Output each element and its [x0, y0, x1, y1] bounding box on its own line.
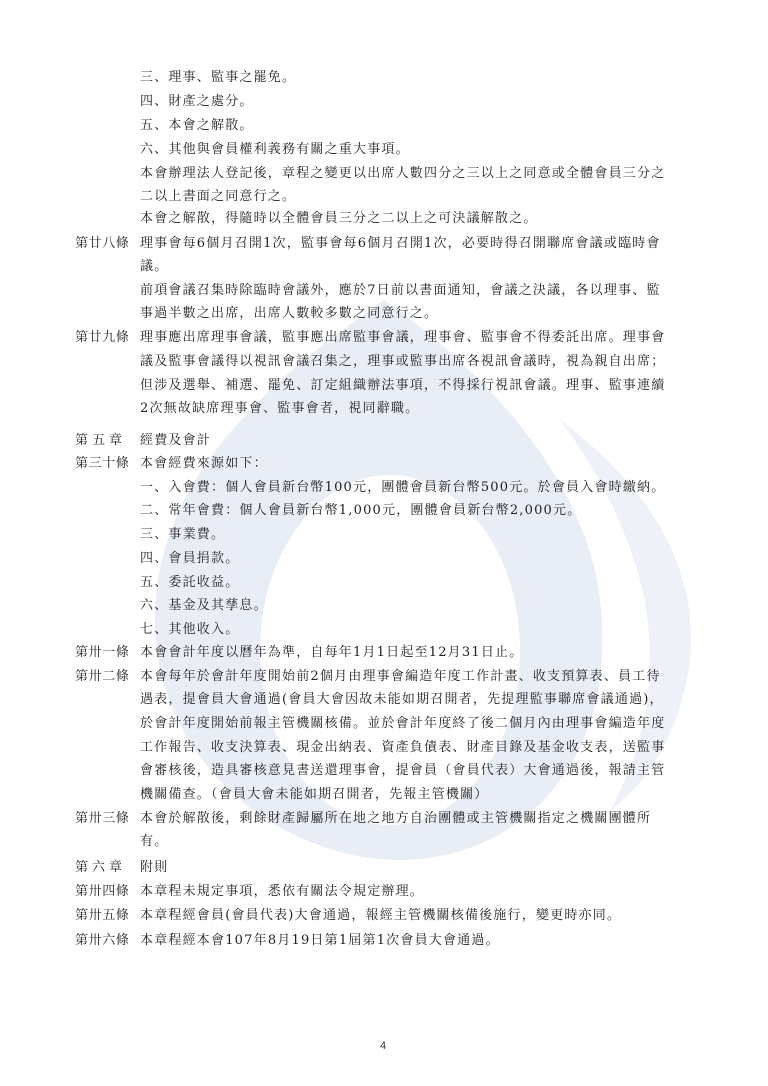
list-item-text: 一、入會費：個人會員新台幣100元，團體會員新台幣500元。於會員入會時繳納。 [140, 480, 665, 496]
article-number-label: 第卅二條 [75, 669, 129, 685]
paragraph-text: 前項會議召集時除臨時會議外，應於7日前以書面通知，會議之決議，各以理事、監 [140, 283, 661, 299]
paragraph-text: 機關備查。（會員大會未能如期召開者，先報主管機關） [140, 787, 489, 803]
paragraph-text: 事過半數之出席，出席人數較多數之同意行之。 [140, 306, 438, 322]
chapter-title: 附則 [140, 860, 168, 876]
paragraph-text: 但涉及選舉、補選、罷免、訂定組織辦法事項，不得採行視訊會議。理事、監事連續 [140, 378, 665, 394]
paragraph-text: 於會計年度開始前報主管機關核備。並於會計年度終了後二個月內由理事會編造年度 [140, 716, 665, 732]
list-item-text: 五、委託收益。 [140, 575, 239, 591]
article-number-label: 第卅四條 [75, 884, 129, 900]
article-number-label: 第卅三條 [75, 811, 129, 827]
article-text: 本章程經會員(會員代表)大會通過，報經主管機關核備後施行，變更時亦同。 [140, 908, 621, 924]
article-number-label: 第卅一條 [75, 645, 129, 661]
paragraph-text: 工作報告、收支決算表、現金出納表、資產負債表、財產目錄及基金收支表，送監事 [140, 740, 665, 756]
chapter-heading-label: 第六章 [75, 860, 126, 876]
document-page: 三、理事、監事之罷免。四、財產之處分。五、本會之解散。六、其他與會員權利義務有關… [0, 0, 768, 1086]
list-item-text: 四、會員捐款。 [140, 551, 239, 567]
chapter-title: 經費及會計 [140, 433, 211, 449]
article-text: 理事會每6個月召開1次，監事會每6個月召開1次，必要時得召開聯席會議或臨時會 [140, 236, 661, 252]
article-text: 理事應出席理事會議，監事應出席監事會議，理事會、監事會不得委託出席。理事會 [140, 330, 665, 346]
list-item-text: 三、事業費。 [140, 527, 225, 543]
article-number-label: 第卅六條 [75, 933, 129, 949]
paragraph-text: 議。 [140, 259, 168, 275]
article-number-label: 第三十條 [75, 456, 129, 472]
list-item-text: 五、本會之解散。 [140, 118, 254, 134]
paragraph-text: 議及監事會議得以視訊會議召集之，理事或監事出席各視訊會議時，視為親自出席； [140, 354, 665, 370]
list-item-text: 六、其他與會員權利義務有關之重大事項。 [140, 142, 410, 158]
paragraph-text: 有。 [140, 834, 168, 850]
list-item-text: 二、常年會費：個人會員新台幣1,000元，團體會員新台幣2,000元。 [140, 503, 581, 519]
list-item-text: 三、理事、監事之罷免。 [140, 70, 296, 86]
article-text: 本會會計年度以曆年為準，自每年1月1日起至12月31日止。 [140, 645, 523, 661]
paragraph-text: 會審核後，造具審核意見書送還理事會，提會員（會員代表）大會通過後，報請主管 [140, 763, 665, 779]
article-number-label: 第廿九條 [75, 330, 129, 346]
paragraph-text: 本會之解散，得隨時以全體會員三分之二以上之可決議解散之。 [140, 211, 538, 227]
article-text: 本章程經本會107年8月19日第1屆第1次會員大會通過。 [140, 933, 500, 949]
list-item-text: 四、財產之處分。 [140, 94, 254, 110]
chapter-heading-label: 第五章 [75, 433, 126, 449]
article-text: 本會每年於會計年度開始前2個月由理事會編造年度工作計畫、收支預算表、員工待 [140, 669, 661, 685]
paragraph-text: 2次無故缺席理事會、監事會者，視同辭職。 [140, 401, 419, 417]
paragraph-text: 遇表，提會員大會通過(會員大會因故未能如期召開者，先提理監事聯席會議通過)， [140, 692, 664, 708]
article-number-label: 第卅五條 [75, 908, 129, 924]
list-item-text: 六、基金及其孳息。 [140, 598, 268, 614]
list-item-text: 七、其他收入。 [140, 622, 239, 638]
article-text: 本會於解散後，剩餘財產歸屬所在地之地方自治團體或主管機關指定之機關團體所 [140, 811, 651, 827]
paragraph-text: 本會辦理法人登記後，章程之變更以出席人數四分之三以上之同意或全體會員三分之 [140, 166, 665, 182]
article-text: 本章程未規定事項，悉依有關法令規定辦理。 [140, 884, 424, 900]
article-number-label: 第廿八條 [75, 236, 129, 252]
paragraph-text: 二以上書面之同意行之。 [140, 189, 296, 205]
article-text: 本會經費來源如下： [140, 456, 268, 472]
